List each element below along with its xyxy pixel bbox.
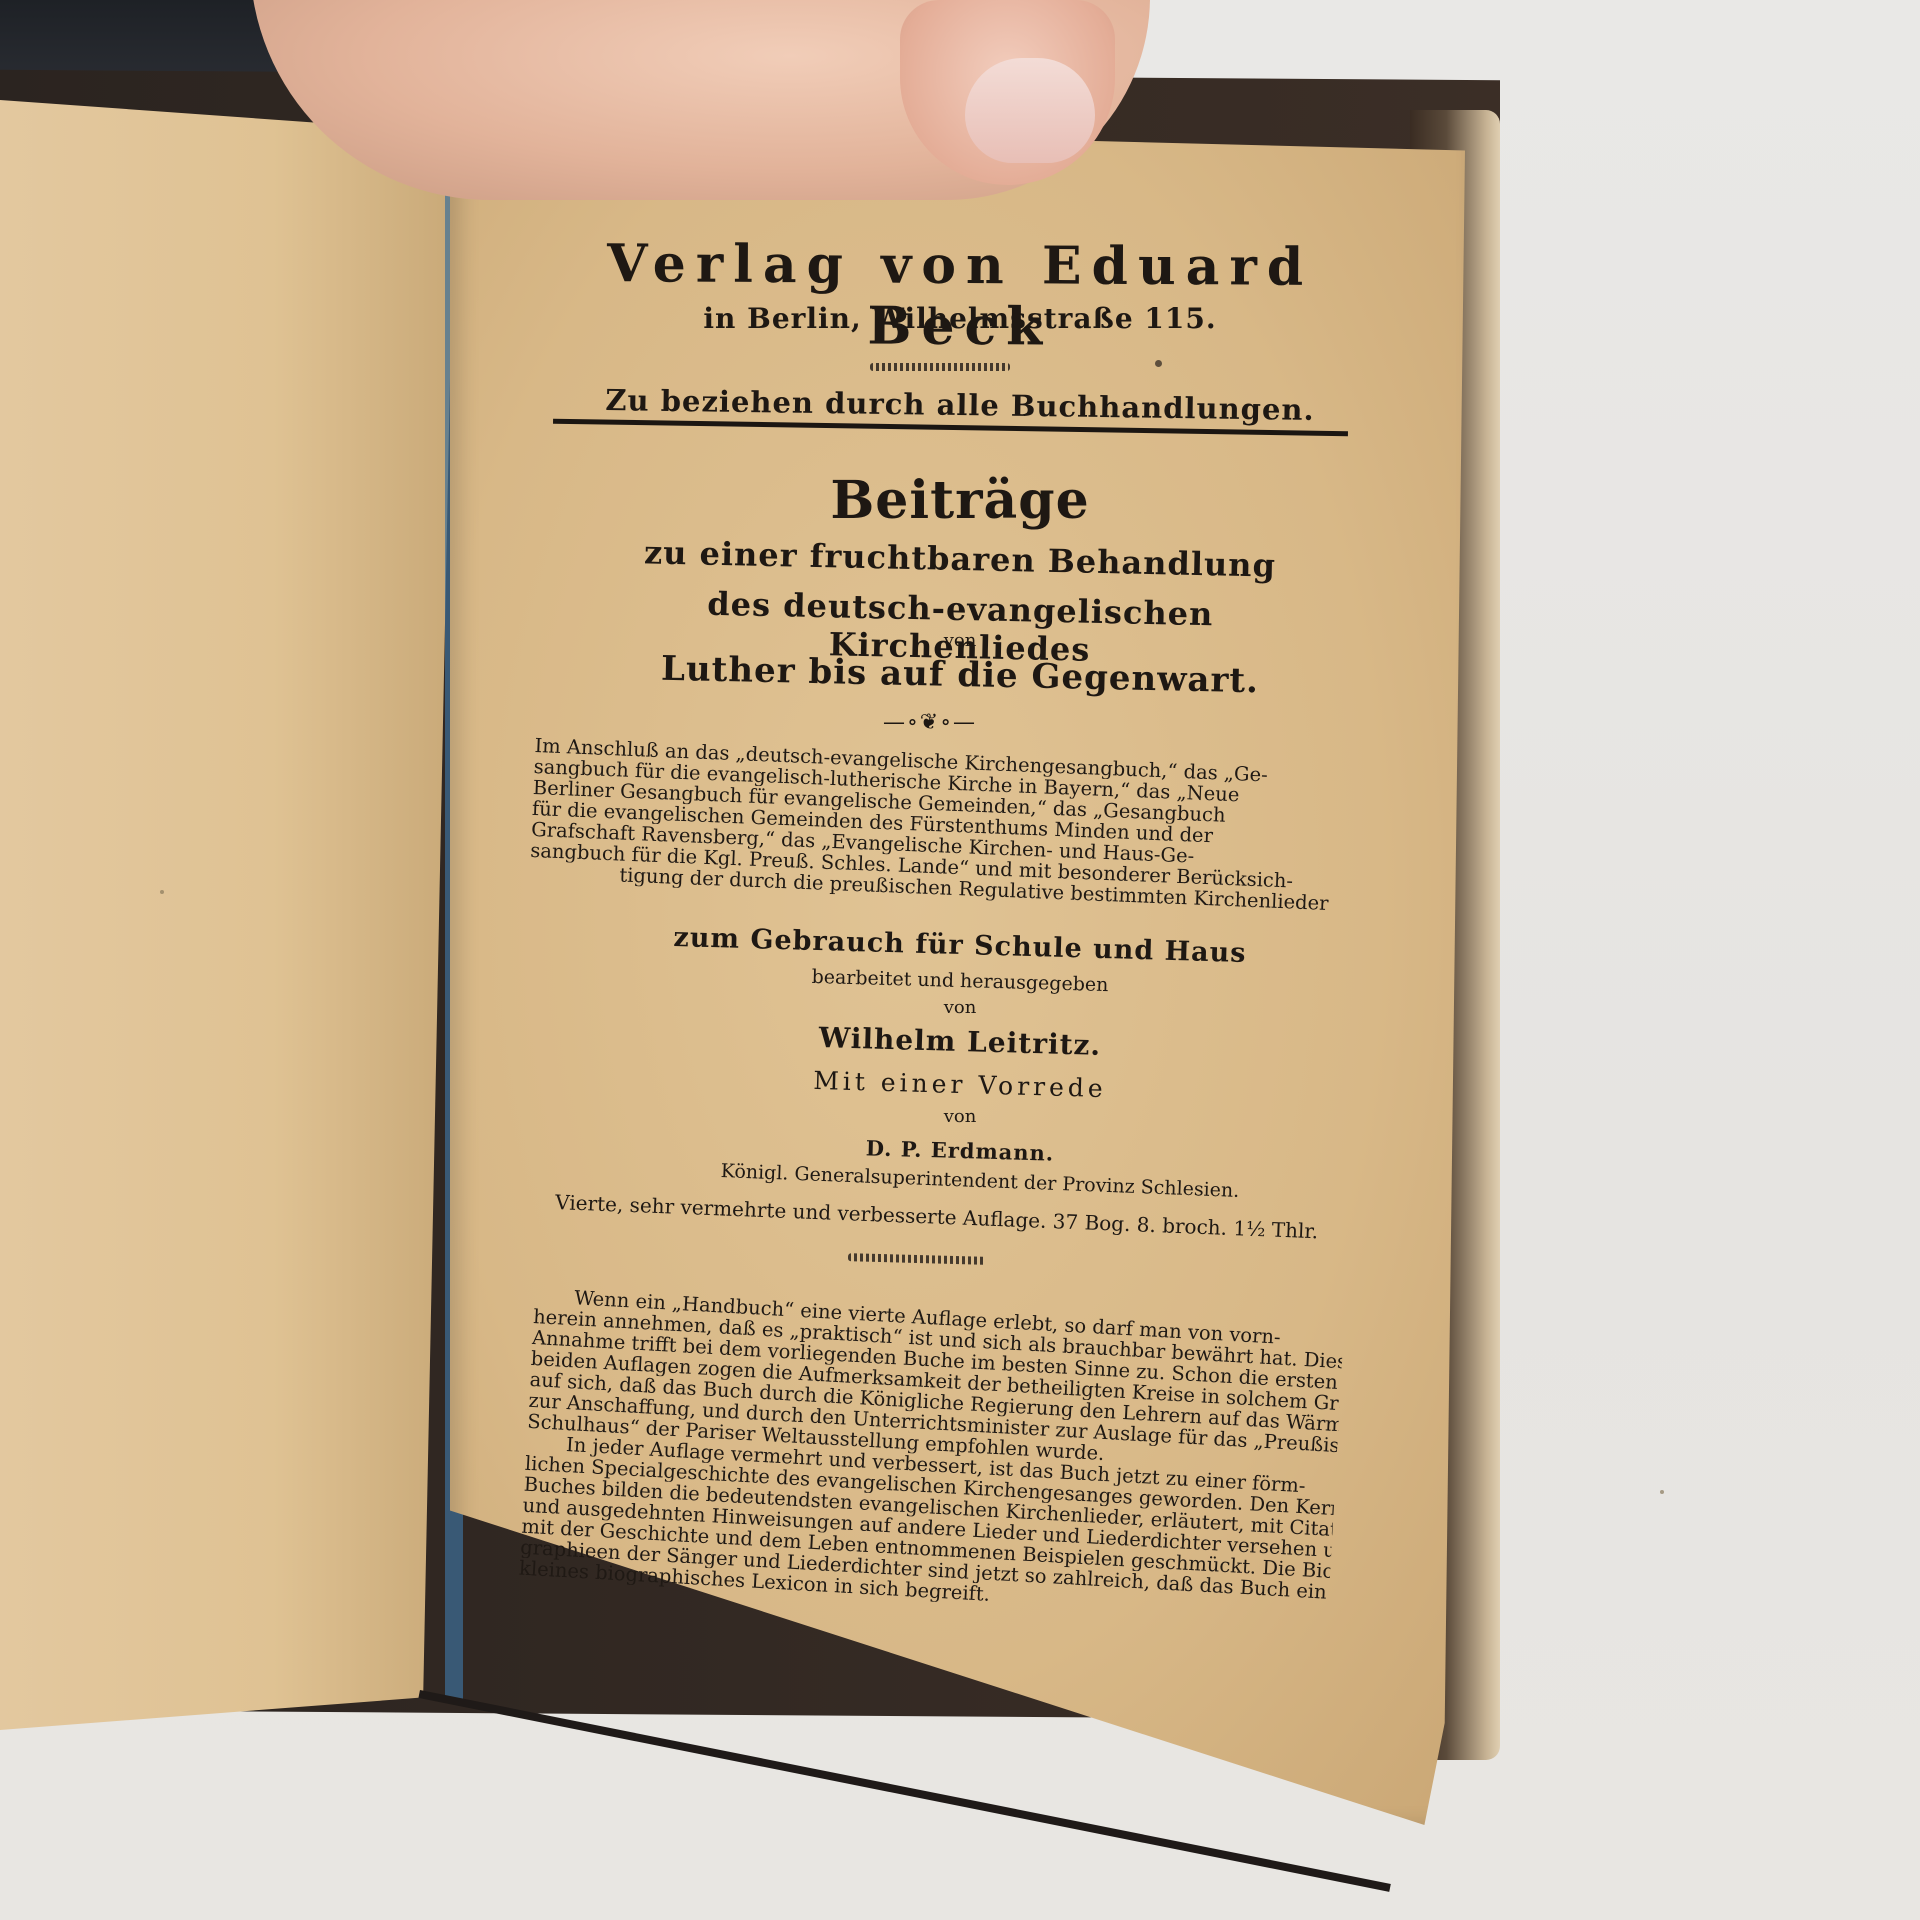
floor-speck: [1660, 1490, 1664, 1494]
ornament-icon: —∘❦∘—: [870, 710, 990, 735]
paper-spot: [160, 890, 164, 894]
publisher-address: in Berlin, Wilhelmsstraße 115.: [600, 302, 1320, 335]
photo-scene: Verlag von Eduard Beck in Berlin, Wilhel…: [0, 0, 1920, 1920]
subtitle-von: von: [600, 630, 1320, 651]
von-label: von: [600, 997, 1320, 1018]
publisher-name: Verlag von Eduard Beck: [600, 233, 1321, 359]
left-page-blank: [0, 100, 455, 1730]
von-label-2: von: [600, 1106, 1320, 1127]
book-title: Beiträge: [600, 470, 1320, 531]
review-paragraph: Wenn ein „Handbuch“ eine vierte Auflage …: [519, 1285, 1344, 1624]
wavy-divider-icon: [870, 363, 1010, 371]
thumbnail: [965, 58, 1095, 163]
ink-spot: [1155, 360, 1162, 367]
